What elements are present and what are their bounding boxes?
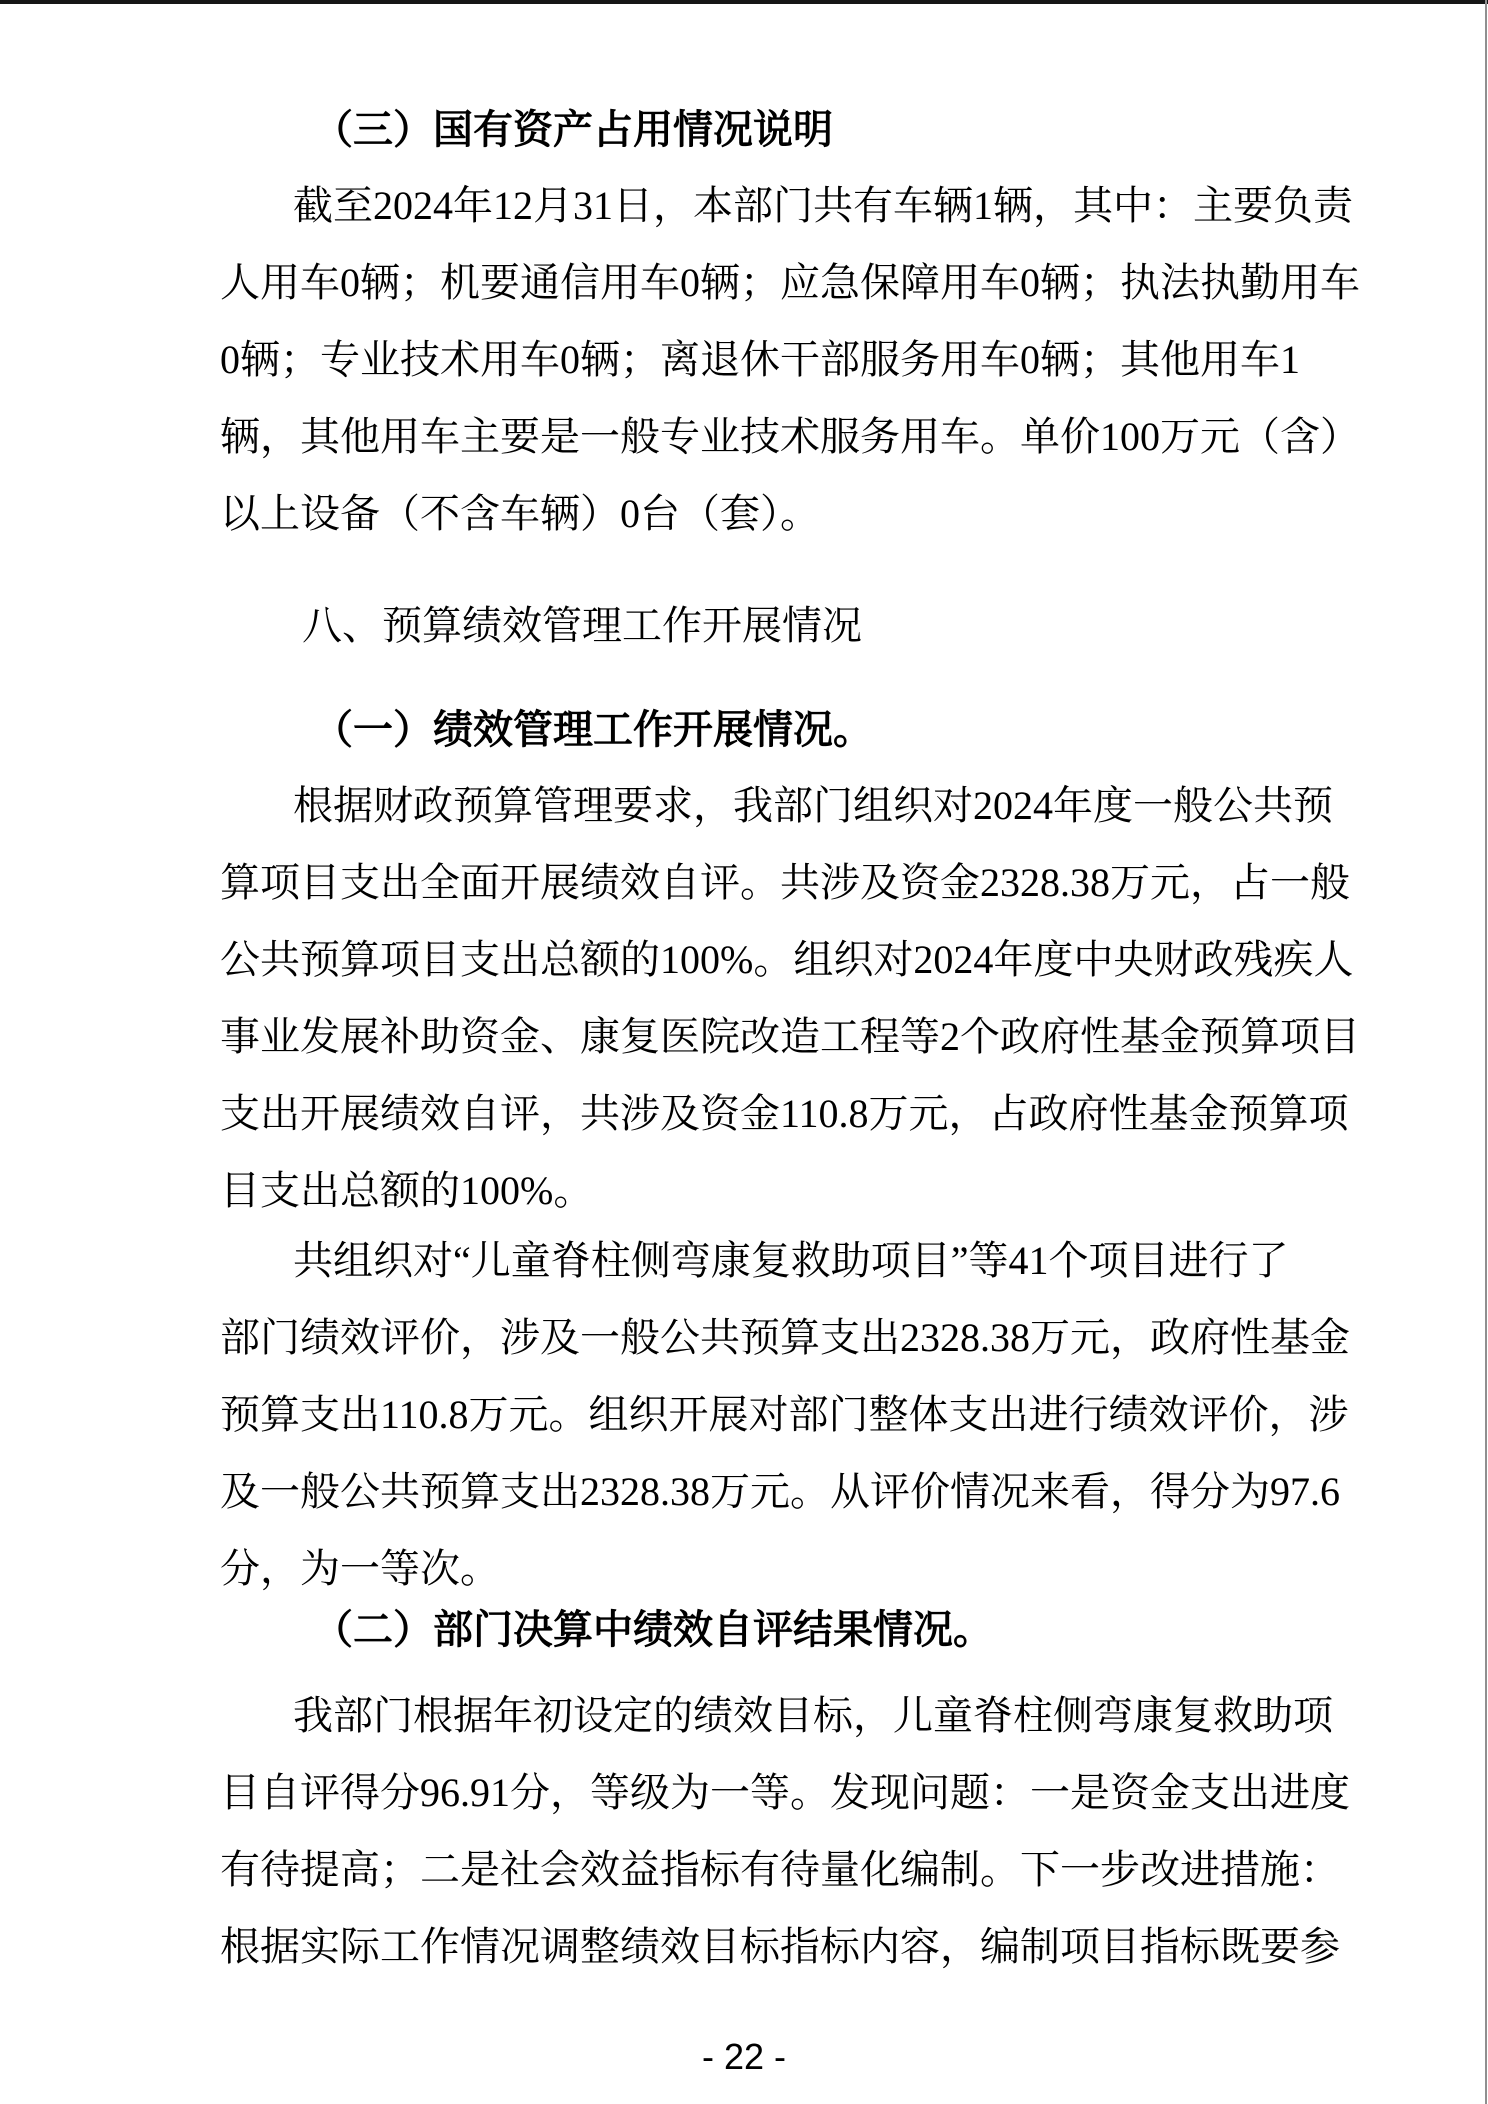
heading-self-evaluation: （二）部门决算中绩效自评结果情况。 xyxy=(313,1592,993,1669)
body-line: 预算支出110.8万元。组织开展对部门整体支出进行绩效评价，涉 xyxy=(220,1376,1350,1453)
heading-section-eight: 八、预算绩效管理工作开展情况 xyxy=(302,587,862,664)
page-top-border xyxy=(0,0,1488,4)
body-line: 公共预算项目支出总额的100%。组织对2024年度中央财政残疾人 xyxy=(220,921,1360,998)
body-line: 事业发展补助资金、康复医院改造工程等2个政府性基金预算项目 xyxy=(220,998,1360,1075)
body-line: 我部门根据年初设定的绩效目标，儿童脊柱侧弯康复救助项 xyxy=(220,1677,1350,1754)
body-line: 目自评得分96.91分，等级为一等。发现问题：一是资金支出进度 xyxy=(220,1754,1350,1831)
body-line: 以上设备（不含车辆）0台（套）。 xyxy=(220,475,1360,552)
heading-state-assets: （三）国有资产占用情况说明 xyxy=(313,92,833,169)
paragraph-assets: 截至2024年12月31日，本部门共有车辆1辆，其中：主要负责 人用车0辆；机要… xyxy=(220,167,1360,552)
paragraph-performance-2: 共组织对“儿童脊柱侧弯康复救助项目”等41个项目进行了 部门绩效评价，涉及一般公… xyxy=(220,1222,1350,1607)
body-line: 根据财政预算管理要求，我部门组织对2024年度一般公共预 xyxy=(220,767,1360,844)
paragraph-performance-1: 根据财政预算管理要求，我部门组织对2024年度一般公共预 算项目支出全面开展绩效… xyxy=(220,767,1360,1229)
document-page: （三）国有资产占用情况说明 截至2024年12月31日，本部门共有车辆1辆，其中… xyxy=(0,0,1488,2104)
page-right-edge-line xyxy=(1485,0,1487,2104)
body-line: 支出开展绩效自评，共涉及资金110.8万元，占政府性基金预算项 xyxy=(220,1075,1360,1152)
body-line: 目支出总额的100%。 xyxy=(220,1152,1360,1229)
body-line: 人用车0辆；机要通信用车0辆；应急保障用车0辆；执法执勤用车 xyxy=(220,244,1360,321)
paragraph-self-evaluation: 我部门根据年初设定的绩效目标，儿童脊柱侧弯康复救助项 目自评得分96.91分，等… xyxy=(220,1677,1350,1985)
body-line: 及一般公共预算支出2328.38万元。从评价情况来看，得分为97.6 xyxy=(220,1453,1350,1530)
body-line: 共组织对“儿童脊柱侧弯康复救助项目”等41个项目进行了 xyxy=(220,1222,1350,1299)
body-line: 截至2024年12月31日，本部门共有车辆1辆，其中：主要负责 xyxy=(220,167,1360,244)
body-line: 辆，其他用车主要是一般专业技术服务用车。单价100万元（含） xyxy=(220,398,1360,475)
body-line: 部门绩效评价，涉及一般公共预算支出2328.38万元，政府性基金 xyxy=(220,1299,1350,1376)
body-line: 有待提高；二是社会效益指标有待量化编制。下一步改进措施： xyxy=(220,1831,1350,1908)
body-line: 算项目支出全面开展绩效自评。共涉及资金2328.38万元，占一般 xyxy=(220,844,1360,921)
body-line: 0辆；专业技术用车0辆；离退休干部服务用车0辆；其他用车1 xyxy=(220,321,1360,398)
page-number: - 22 - xyxy=(0,2037,1488,2077)
body-line: 根据实际工作情况调整绩效目标指标内容，编制项目指标既要参 xyxy=(220,1908,1350,1985)
heading-performance-management: （一）绩效管理工作开展情况。 xyxy=(313,692,873,769)
